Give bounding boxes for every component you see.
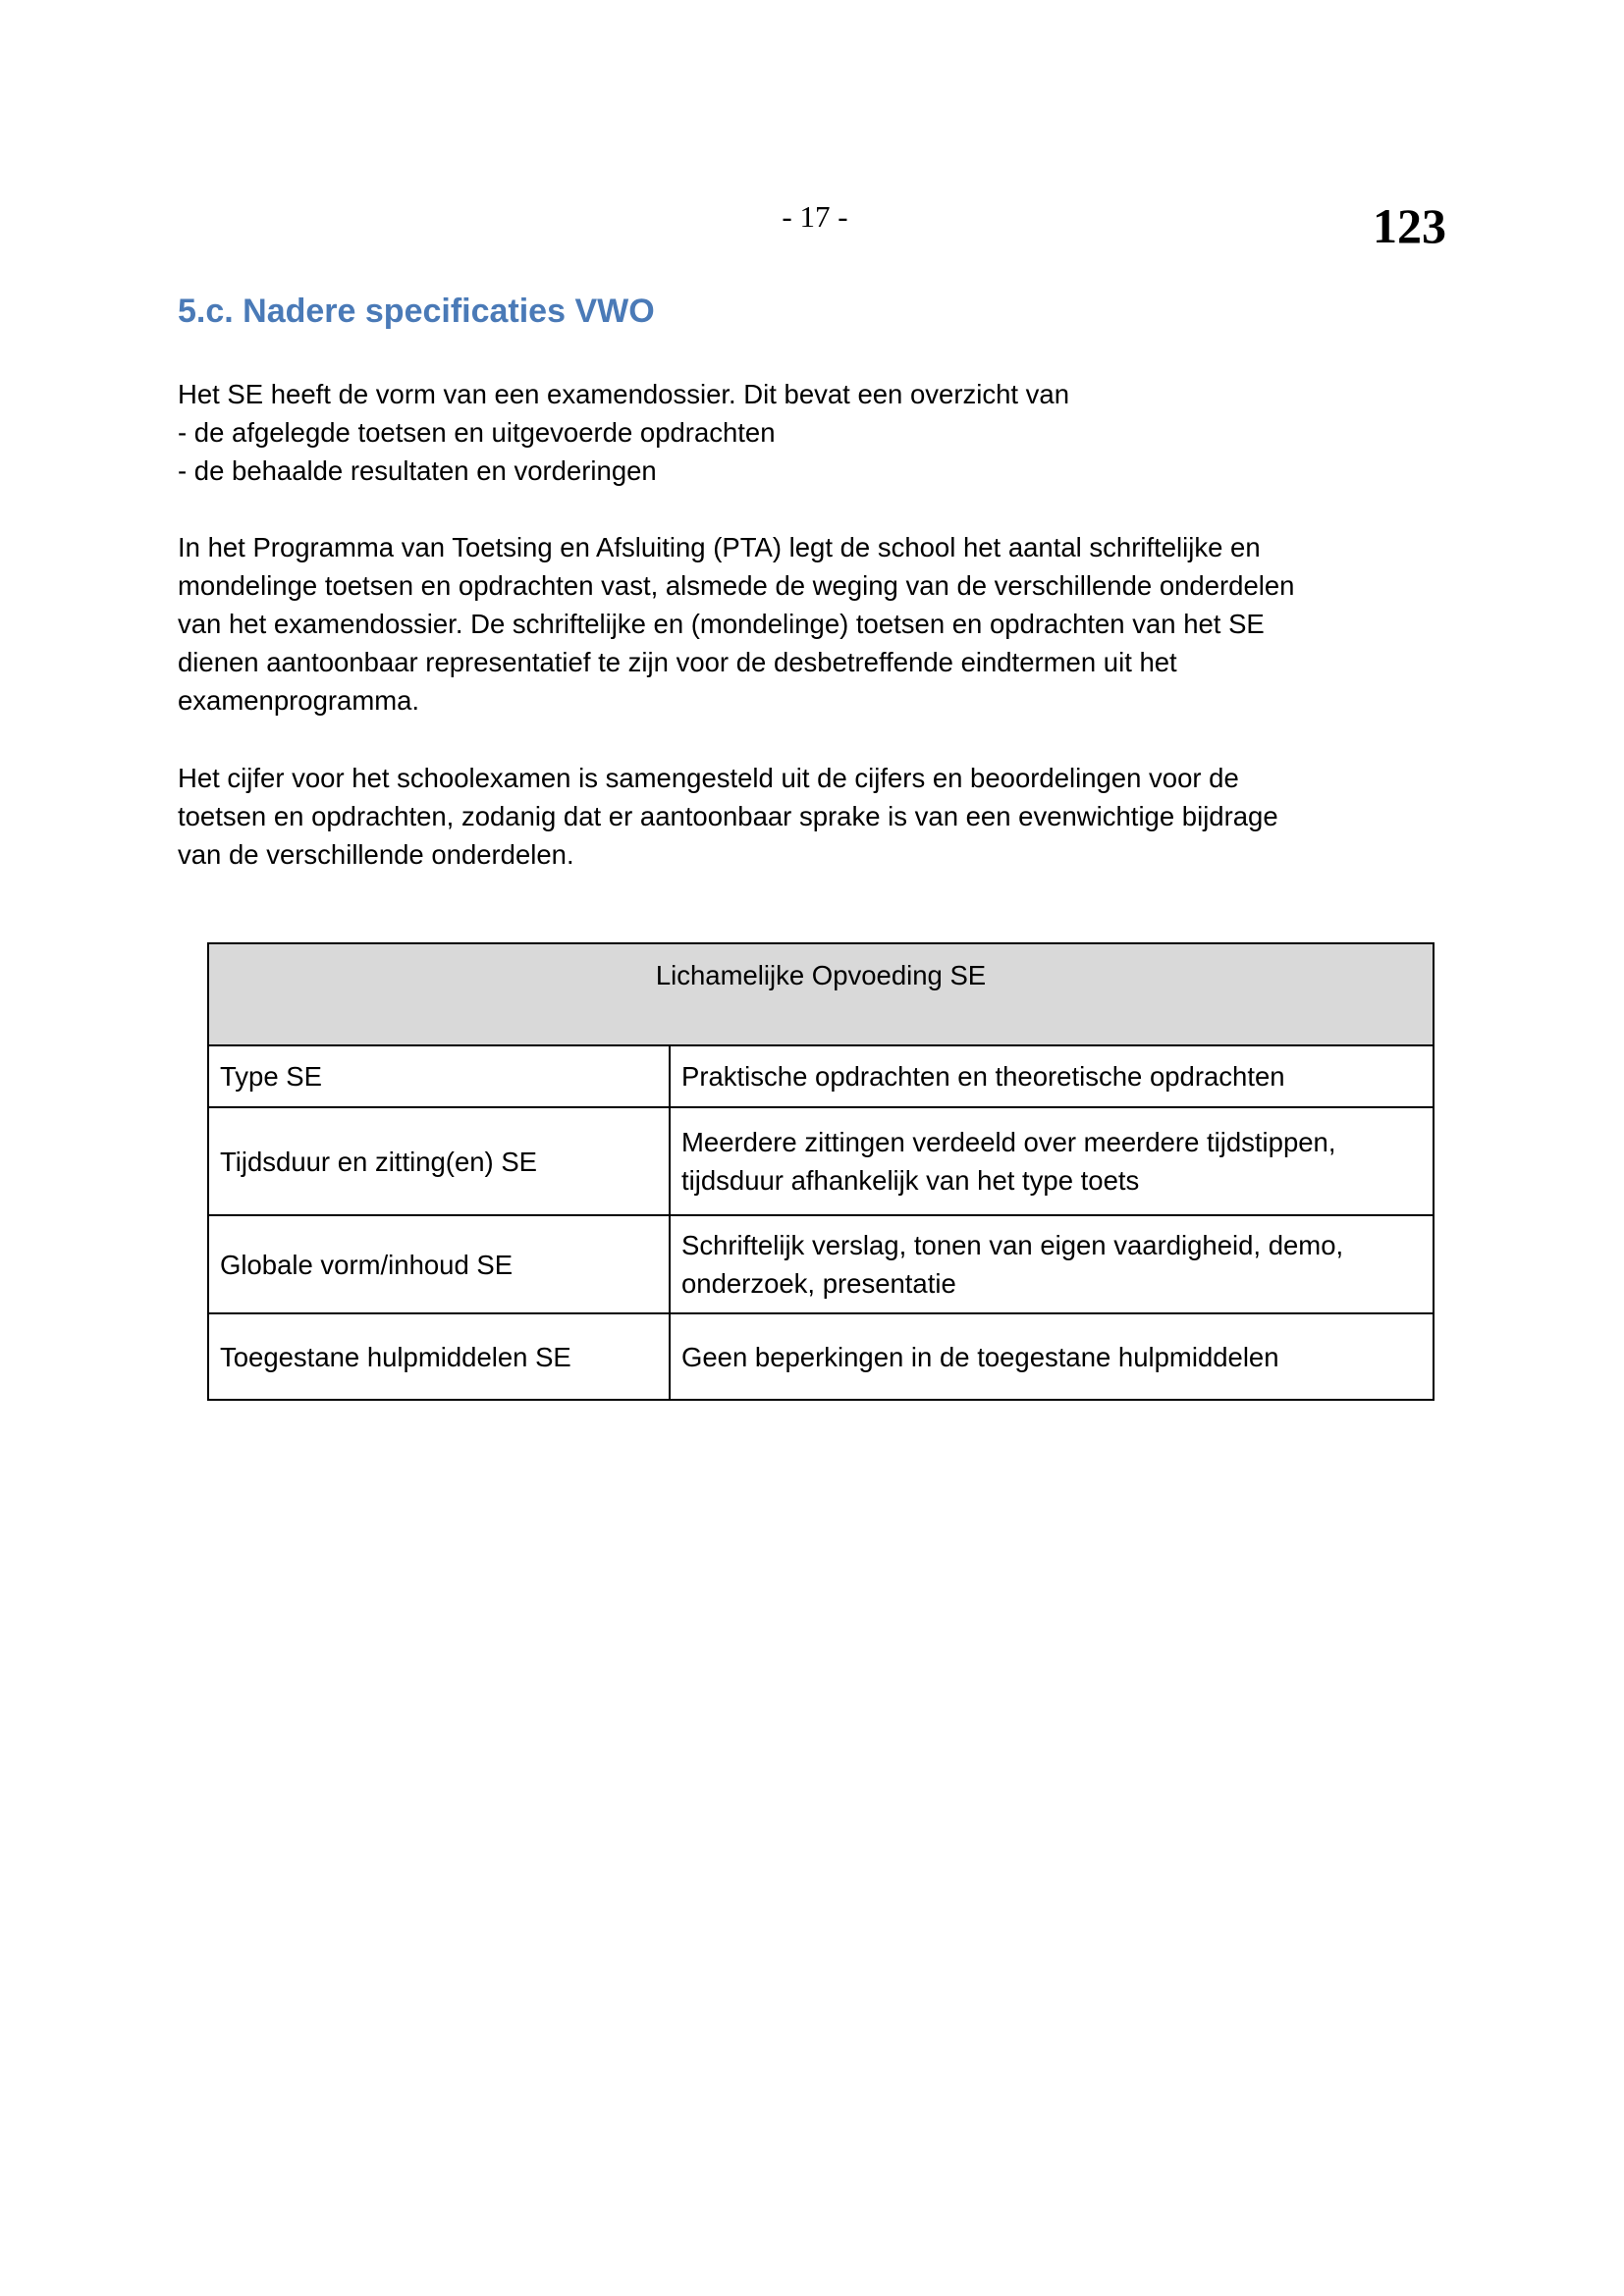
table-row: Toegestane hulpmiddelen SE Geen beperkin… — [208, 1313, 1434, 1400]
text-line: mondelinge toetsen en opdrachten vast, a… — [178, 566, 1454, 605]
section-heading: 5.c. Nadere specificaties VWO — [178, 293, 655, 331]
page-stamp-number: 123 — [1373, 197, 1446, 254]
table-title: Lichamelijke Opvoeding SE — [208, 943, 1434, 1045]
value-line: onderzoek, presentatie — [681, 1264, 1422, 1303]
value-line: Praktische opdrachten en theoretische op… — [681, 1057, 1422, 1095]
list-item: - de behaalde resultaten en vorderingen — [178, 452, 1454, 490]
text-line: van het examendossier. De schriftelijke … — [178, 605, 1454, 643]
table-row: Type SE Praktische opdrachten en theoret… — [208, 1045, 1434, 1107]
row-value: Meerdere zittingen verdeeld over meerder… — [670, 1107, 1434, 1215]
paragraph-grade: Het cijfer voor het schoolexamen is same… — [178, 759, 1454, 874]
value-line: tijdsduur afhankelijk van het type toets — [681, 1161, 1422, 1200]
row-label: Tijdsduur en zitting(en) SE — [208, 1107, 670, 1215]
row-label: Type SE — [208, 1045, 670, 1107]
list-item: - de afgelegde toetsen en uitgevoerde op… — [178, 413, 1454, 452]
row-value: Schriftelijk verslag, tonen van eigen va… — [670, 1215, 1434, 1313]
table-row: Tijdsduur en zitting(en) SE Meerdere zit… — [208, 1107, 1434, 1215]
text-line: In het Programma van Toetsing en Afsluit… — [178, 528, 1454, 566]
text-line: van de verschillende onderdelen. — [178, 835, 1454, 874]
row-label: Toegestane hulpmiddelen SE — [208, 1313, 670, 1400]
table-row: Globale vorm/inhoud SE Schriftelijk vers… — [208, 1215, 1434, 1313]
paragraph-intro: Het SE heeft de vorm van een examendossi… — [178, 375, 1454, 490]
text-line: dienen aantoonbaar representatief te zij… — [178, 643, 1454, 681]
value-line: Meerdere zittingen verdeeld over meerder… — [681, 1123, 1422, 1161]
text-line: toetsen en opdrachten, zodanig dat er aa… — [178, 797, 1454, 835]
value-line: Geen beperkingen in de toegestane hulpmi… — [681, 1338, 1422, 1376]
specification-table: Lichamelijke Opvoeding SE Type SE Prakti… — [207, 942, 1435, 1401]
row-value: Praktische opdrachten en theoretische op… — [670, 1045, 1434, 1107]
text-line: Het cijfer voor het schoolexamen is same… — [178, 759, 1454, 797]
text-line: Het SE heeft de vorm van een examendossi… — [178, 375, 1454, 413]
row-value: Geen beperkingen in de toegestane hulpmi… — [670, 1313, 1434, 1400]
value-line: Schriftelijk verslag, tonen van eigen va… — [681, 1226, 1422, 1264]
text-line: examenprogramma. — [178, 681, 1454, 720]
row-label: Globale vorm/inhoud SE — [208, 1215, 670, 1313]
paragraph-pta: In het Programma van Toetsing en Afsluit… — [178, 528, 1454, 720]
